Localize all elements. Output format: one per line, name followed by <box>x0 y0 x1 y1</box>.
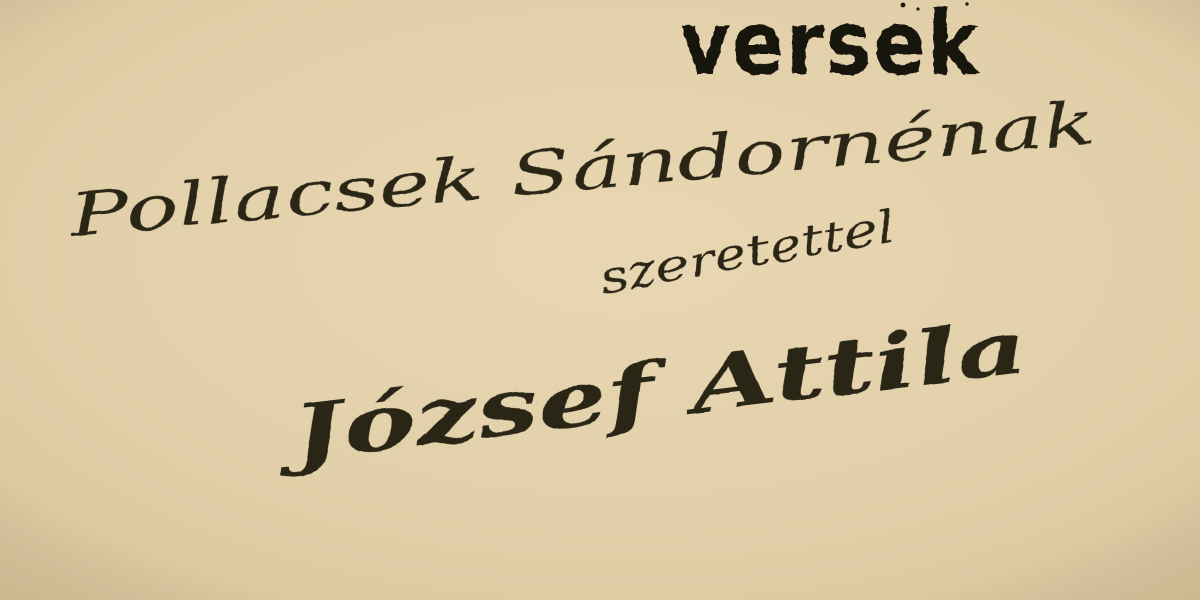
ink-speck <box>916 7 919 10</box>
paper-vignette <box>0 0 1200 600</box>
scanned-page-art: versek Pollacsek Sándornénak szeretettel… <box>0 0 1200 600</box>
printed-title: versek <box>680 0 980 95</box>
ink-speck <box>965 2 968 5</box>
book-dedication-page: versek Pollacsek Sándornénak szeretettel… <box>0 0 1200 600</box>
ink-speck <box>901 3 906 8</box>
